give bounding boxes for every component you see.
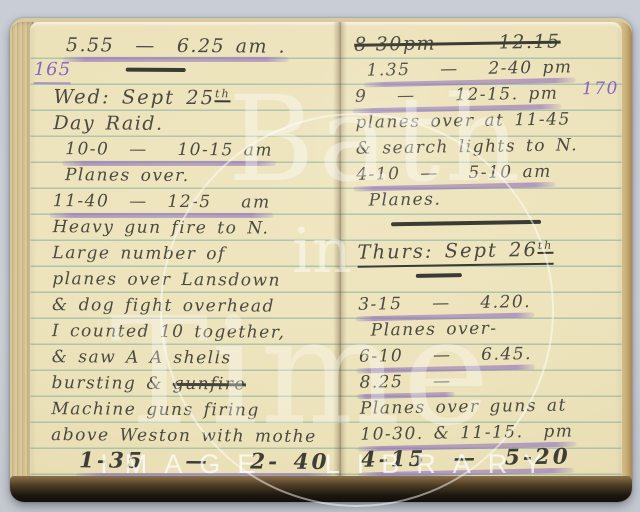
notebook-line: & dog fight overhead	[40, 292, 318, 320]
notebook-line: Wed: Sept 25th	[41, 84, 319, 112]
crossed-out-word: gunfire	[173, 374, 246, 395]
notebook-line: Machine guns firing	[39, 396, 317, 424]
notebook-line: 10-0 — 10-15 am	[41, 136, 319, 164]
notebook-line: 165	[42, 58, 320, 86]
notebook-line: I counted 10 together,	[40, 318, 318, 346]
ordinal-suffix: th	[538, 238, 554, 253]
right-page-lines: 8-30pm — 12.151.35 — 2-40 pm9 — 12-15. p…	[342, 28, 621, 474]
notebook-line: 4-15 — 5-20	[349, 444, 621, 474]
notebook-line: Heavy gun fire to N.	[41, 214, 319, 242]
notebook-line: & saw A A shells	[40, 344, 318, 372]
bottom-cover-edge	[10, 476, 632, 502]
page-number: 165	[34, 58, 72, 84]
entry-divider	[126, 68, 186, 72]
notebook-line: Planes over.	[41, 162, 319, 190]
notebook-line: 11-40 — 12-5 am	[41, 188, 319, 216]
notebook-line: 5.55 — 6.25 am .	[42, 32, 320, 60]
notebook-line: Large number of	[40, 240, 318, 268]
notebook-line: above Weston with mothe	[39, 422, 317, 450]
notebook: 5.55 — 6.25 am .165Wed: Sept 25thDay Rai…	[10, 18, 632, 502]
notebook-line: 1-35 — 2- 40	[39, 448, 317, 476]
notebook-line: bursting & gunfire	[39, 370, 317, 398]
entry-divider	[416, 273, 462, 278]
notebook-line: planes over Lansdown	[40, 266, 318, 294]
notebook-line: Day Raid.	[41, 110, 319, 138]
entry-divider	[391, 220, 541, 226]
ruled-pages: 5.55 — 6.25 am .165Wed: Sept 25thDay Rai…	[30, 22, 622, 482]
ordinal-suffix: th	[215, 87, 231, 102]
left-page-lines: 5.55 — 6.25 am .165Wed: Sept 25thDay Rai…	[39, 32, 320, 476]
page-number: 170	[582, 76, 619, 103]
